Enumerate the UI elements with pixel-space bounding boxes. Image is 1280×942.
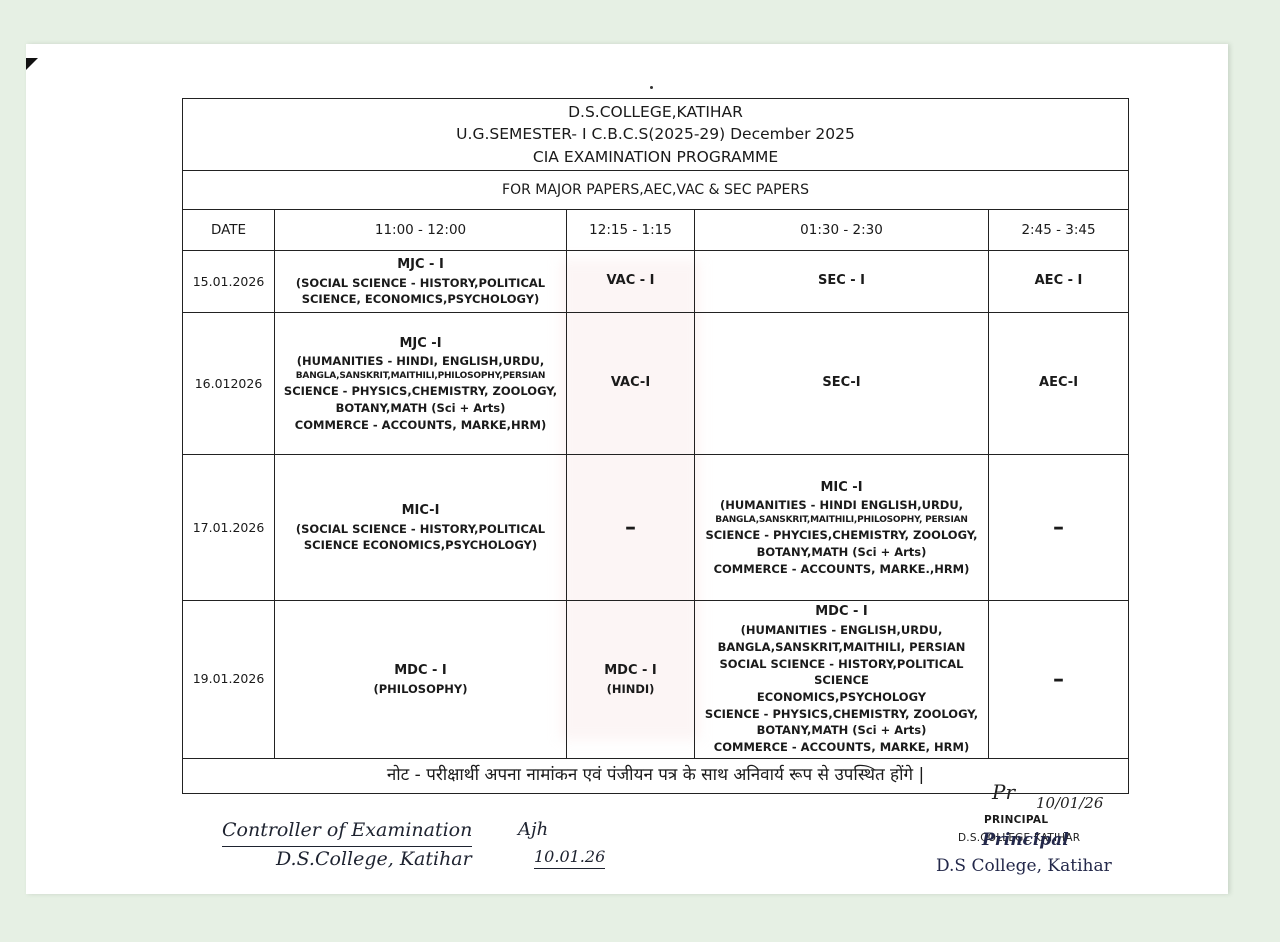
exam-date: 15.01.2026	[183, 251, 275, 313]
paper-code: MDC - I	[699, 603, 984, 622]
exam-slot-cell: VAC - I	[567, 251, 695, 313]
ink-dot	[650, 86, 653, 89]
exam-slot-cell: MJC -I(HUMANITIES - HINDI, ENGLISH,URDU,…	[275, 313, 567, 455]
paper-subjects-line: COMMERCE - ACCOUNTS, MARKE, HRM)	[699, 739, 984, 756]
paper-subjects-line: SCIENCE - PHYSICS,CHEMISTRY, ZOOLOGY,	[279, 383, 562, 400]
paper-subjects-line: BANGLA,SANSKRIT,MAITHILI,PHILOSOPHY,PERS…	[279, 370, 562, 383]
paper-code: AEC-I	[993, 374, 1124, 393]
col-header-slot3: 01:30 - 2:30	[695, 210, 989, 251]
principal-scribble: Pr	[992, 780, 1015, 804]
paper-subjects-line: SCIENCE ECONOMICS,PSYCHOLOGY)	[279, 537, 562, 554]
principal-title: PRINCIPAL	[984, 814, 1048, 826]
note-text: नोट - परीक्षार्थी अपना नामांकन एवं पंजीय…	[183, 758, 1129, 793]
col-header-slot2: 12:15 - 1:15	[567, 210, 695, 251]
no-exam-dash: –	[571, 512, 690, 544]
exam-slot-cell: MDC - I(HINDI)	[567, 601, 695, 758]
paper-subjects-line: (HUMANITIES - HINDI, ENGLISH,URDU,	[279, 353, 562, 370]
no-exam-dash: –	[993, 664, 1124, 696]
exam-date: 16.012026	[183, 313, 275, 455]
paper-subjects-line: ECONOMICS,PSYCHOLOGY	[699, 689, 984, 706]
paper-code: MIC -I	[699, 479, 984, 498]
paper-subjects-line: (SOCIAL SCIENCE - HISTORY,POLITICAL	[279, 521, 562, 538]
exam-schedule-table: D.S.COLLEGE,KATIHAR U.G.SEMESTER- I C.B.…	[182, 98, 1129, 794]
paper-subjects-line: (PHILOSOPHY)	[279, 681, 562, 698]
paper-subjects-line: BANGLA,SANSKRIT,MAITHILI, PERSIAN	[699, 639, 984, 656]
corner-mark	[26, 58, 38, 70]
column-header-row: DATE 11:00 - 12:00 12:15 - 1:15 01:30 - …	[183, 210, 1129, 251]
controller-signature: Controller of Examination D.S.College, K…	[222, 818, 472, 872]
exam-slot-cell: SEC - I	[695, 251, 989, 313]
principal-stamp-college: D.S College, Katihar	[936, 856, 1112, 876]
paper-subjects-line: BOTANY,MATH (Sci + Arts)	[279, 400, 562, 417]
table-row: 15.01.2026MJC - I(SOCIAL SCIENCE - HISTO…	[183, 251, 1129, 313]
paper-code: MIC-I	[279, 502, 562, 521]
paper-subjects-line: (HUMANITIES - HINDI ENGLISH,URDU,	[699, 497, 984, 514]
paper-code: MJC - I	[279, 256, 562, 275]
paper-subjects-line: COMMERCE - ACCOUNTS, MARKE,HRM)	[279, 417, 562, 434]
table-row: 17.01.2026MIC-I(SOCIAL SCIENCE - HISTORY…	[183, 455, 1129, 601]
exam-slot-cell: SEC-I	[695, 313, 989, 455]
document-title: D.S.COLLEGE,KATIHAR U.G.SEMESTER- I C.B.…	[183, 99, 1129, 171]
paper-code: MDC - I	[279, 662, 562, 681]
exam-slot-cell: MIC -I(HUMANITIES - HINDI ENGLISH,URDU,B…	[695, 455, 989, 601]
paper-code: SEC - I	[699, 272, 984, 291]
paper-subjects-line: BOTANY,MATH (Sci + Arts)	[699, 544, 984, 561]
paper-subjects-line: BANGLA,SANSKRIT,MAITHILI,PHILOSOPHY, PER…	[699, 514, 984, 527]
paper-code: VAC-I	[571, 374, 690, 393]
exam-slot-cell: AEC-I	[989, 313, 1129, 455]
exam-slot-cell: MJC - I(SOCIAL SCIENCE - HISTORY,POLITIC…	[275, 251, 567, 313]
no-exam-dash: –	[993, 512, 1124, 544]
table-row: 16.012026MJC -I(HUMANITIES - HINDI, ENGL…	[183, 313, 1129, 455]
col-header-slot4: 2:45 - 3:45	[989, 210, 1129, 251]
exam-slot-cell: –	[567, 455, 695, 601]
paper-code: AEC - I	[993, 272, 1124, 291]
exam-date: 19.01.2026	[183, 601, 275, 758]
semester-line: U.G.SEMESTER- I C.B.C.S(2025-29) Decembe…	[187, 123, 1124, 145]
paper-subjects-line: (HINDI)	[571, 681, 690, 698]
col-header-date: DATE	[183, 210, 275, 251]
paper-subjects-line: SCIENCE - PHYCIES,CHEMISTRY, ZOOLOGY,	[699, 527, 984, 544]
subtitle: FOR MAJOR PAPERS,AEC,VAC & SEC PAPERS	[183, 171, 1129, 210]
controller-sign-date: 10.01.26	[534, 846, 605, 869]
header-row-title: D.S.COLLEGE,KATIHAR U.G.SEMESTER- I C.B.…	[183, 99, 1129, 171]
paper-subjects-line: SOCIAL SCIENCE - HISTORY,POLITICAL SCIEN…	[699, 656, 984, 689]
exam-slot-cell: MDC - I(HUMANITIES - ENGLISH,URDU,BANGLA…	[695, 601, 989, 758]
paper-code: VAC - I	[571, 272, 690, 291]
principal-stamp-title: Principal	[982, 830, 1069, 850]
principal-sign-date: 10/01/26	[1036, 794, 1103, 812]
paper-code: SEC-I	[699, 374, 984, 393]
controller-title: Controller of Examination	[222, 818, 472, 847]
schedule-body: 15.01.2026MJC - I(SOCIAL SCIENCE - HISTO…	[183, 251, 1129, 758]
controller-initials: Ajh	[518, 818, 548, 842]
exam-slot-cell: MDC - I(PHILOSOPHY)	[275, 601, 567, 758]
paper-subjects-line: (SOCIAL SCIENCE - HISTORY,POLITICAL	[279, 275, 562, 292]
paper-subjects-line: COMMERCE - ACCOUNTS, MARKE.,HRM)	[699, 561, 984, 578]
paper-subjects-line: SCIENCE - PHYSICS,CHEMISTRY, ZOOLOGY,	[699, 706, 984, 723]
header-row-subtitle: FOR MAJOR PAPERS,AEC,VAC & SEC PAPERS	[183, 171, 1129, 210]
paper-code: MJC -I	[279, 335, 562, 354]
paper-code: MDC - I	[571, 662, 690, 681]
exam-slot-cell: –	[989, 601, 1129, 758]
paper-subjects-line: (HUMANITIES - ENGLISH,URDU,	[699, 622, 984, 639]
programme-line: CIA EXAMINATION PROGRAMME	[187, 146, 1124, 168]
college-name: D.S.COLLEGE,KATIHAR	[187, 101, 1124, 123]
note-row: नोट - परीक्षार्थी अपना नामांकन एवं पंजीय…	[183, 758, 1129, 793]
paper-subjects-line: BOTANY,MATH (Sci + Arts)	[699, 722, 984, 739]
table-row: 19.01.2026MDC - I(PHILOSOPHY)MDC - I(HIN…	[183, 601, 1129, 758]
exam-date: 17.01.2026	[183, 455, 275, 601]
exam-slot-cell: VAC-I	[567, 313, 695, 455]
exam-slot-cell: AEC - I	[989, 251, 1129, 313]
controller-college: D.S.College, Katihar	[222, 847, 472, 873]
exam-slot-cell: –	[989, 455, 1129, 601]
paper-subjects-line: SCIENCE, ECONOMICS,PSYCHOLOGY)	[279, 291, 562, 308]
exam-slot-cell: MIC-I(SOCIAL SCIENCE - HISTORY,POLITICAL…	[275, 455, 567, 601]
col-header-slot1: 11:00 - 12:00	[275, 210, 567, 251]
